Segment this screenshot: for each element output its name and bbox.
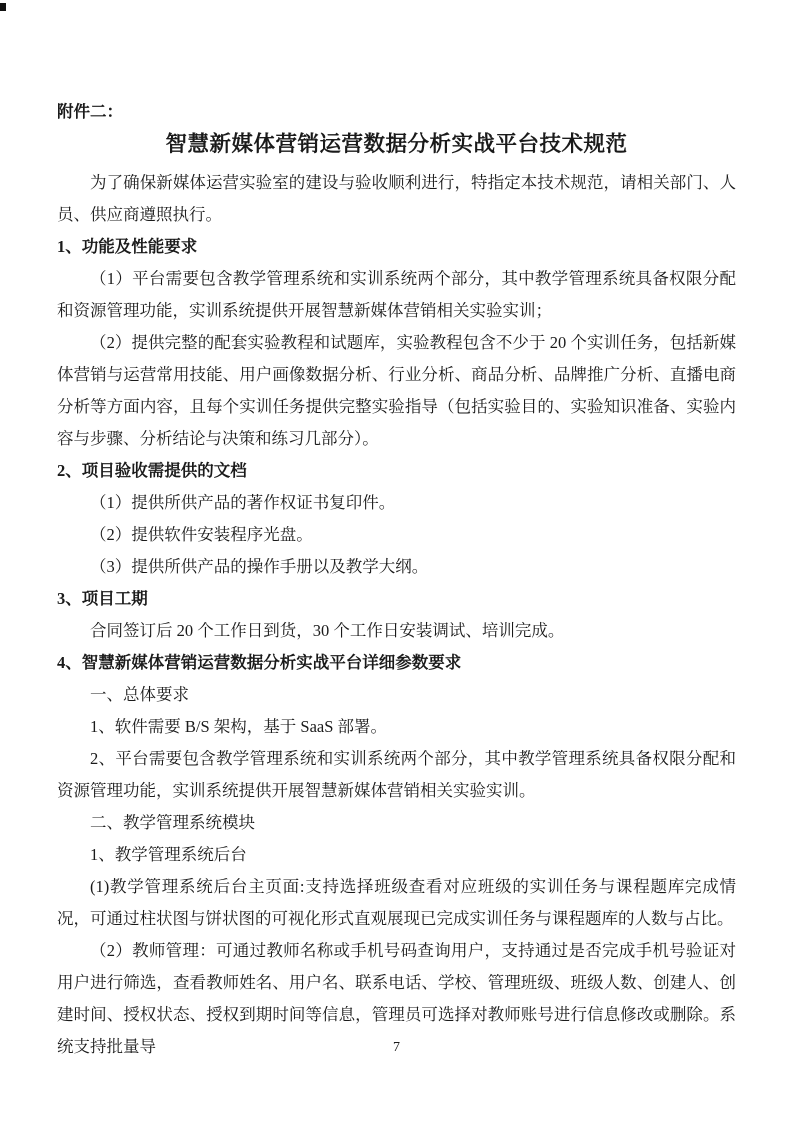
section-4-paragraph: 2、平台需要包含教学管理系统和实训系统两个部分，其中教学管理系统具备权限分配和资… [57, 743, 736, 807]
attachment-label: 附件二： [57, 101, 736, 123]
scan-artifact [0, 3, 6, 11]
page-number: 7 [0, 1039, 793, 1057]
document-page: 附件二： 智慧新媒体营销运营数据分析实战平台技术规范 为了确保新媒体运营实验室的… [0, 0, 793, 1122]
section-4-paragraph: 二、教学管理系统模块 [57, 807, 736, 839]
section-4-paragraph: (1)教学管理系统后台主页面:支持选择班级查看对应班级的实训任务与课程题库完成情… [57, 871, 736, 935]
section-4-paragraph: 1、教学管理系统后台 [57, 839, 736, 871]
section-1-paragraph: （2）提供完整的配套实验教程和试题库，实验教程包含不少于 20 个实训任务，包括… [57, 327, 736, 455]
section-2-paragraph: （2）提供软件安装程序光盘。 [57, 519, 736, 551]
section-1-heading: 1、功能及性能要求 [57, 231, 736, 263]
section-2-paragraph: （1）提供所供产品的著作权证书复印件。 [57, 487, 736, 519]
section-4-heading: 4、智慧新媒体营销运营数据分析实战平台详细参数要求 [57, 647, 736, 679]
section-3-heading: 3、项目工期 [57, 583, 736, 615]
section-2-heading: 2、项目验收需提供的文档 [57, 455, 736, 487]
section-1-paragraph: （1）平台需要包含教学管理系统和实训系统两个部分，其中教学管理系统具备权限分配和… [57, 263, 736, 327]
document-content: 附件二： 智慧新媒体营销运营数据分析实战平台技术规范 为了确保新媒体运营实验室的… [57, 0, 736, 1063]
document-title: 智慧新媒体营销运营数据分析实战平台技术规范 [57, 129, 736, 159]
section-4-paragraph: 一、总体要求 [57, 679, 736, 711]
section-3-paragraph: 合同签订后 20 个工作日到货，30 个工作日安装调试、培训完成。 [57, 615, 736, 647]
section-2-paragraph: （3）提供所供产品的操作手册以及教学大纲。 [57, 551, 736, 583]
intro-paragraph: 为了确保新媒体运营实验室的建设与验收顺利进行，特指定本技术规范，请相关部门、人员… [57, 167, 736, 231]
section-4-paragraph: 1、软件需要 B/S 架构，基于 SaaS 部署。 [57, 711, 736, 743]
